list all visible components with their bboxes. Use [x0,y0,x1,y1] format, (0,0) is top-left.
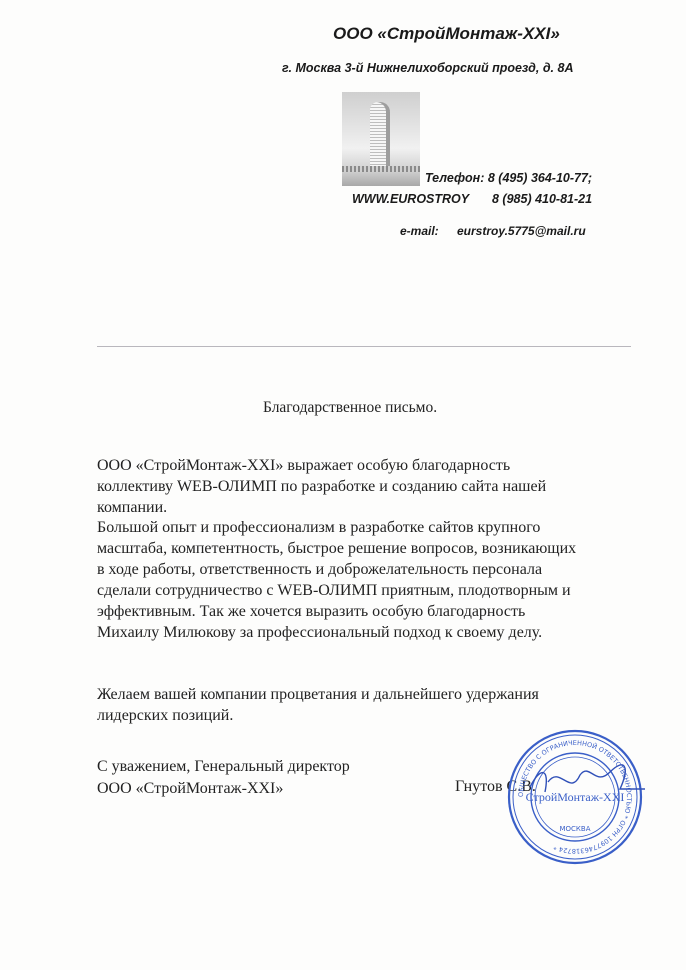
tower-graphic [370,102,390,170]
svg-text:СтройМонтаж-XXI: СтройМонтаж-XXI [526,790,625,804]
water-graphic [342,172,420,186]
svg-text:МОСКВА: МОСКВА [560,825,591,833]
text-line: Большой опыт и профессионализм в разрабо… [97,517,576,538]
email-value: eurstroy.5775@mail.ru [457,224,586,238]
text-line: эффективным. Так же хочется выразить осо… [97,601,576,622]
phone-line-2: 8 (985) 410-81-21 [492,192,592,206]
text-line: коллективу WEB-ОЛИМП по разработке и соз… [97,476,546,497]
text-line: лидерских позиций. [97,705,539,726]
text-line: Желаем вашей компании процветания и даль… [97,684,539,705]
signature-company: ООО «СтройМонтаж-XXI» [97,778,350,800]
paragraph-2: Большой опыт и профессионализм в разрабо… [97,517,576,643]
text-line: ООО «СтройМонтаж-XXI» выражает особую бл… [97,455,546,476]
phone-line-1: Телефон: 8 (495) 364-10-77; [425,171,592,185]
text-line: Михаилу Милюкову за профессиональный под… [97,622,576,643]
signature-block: С уважением, Генеральный директор ООО «С… [97,756,350,800]
letter-title: Благодарственное письмо. [263,399,437,417]
paragraph-1: ООО «СтройМонтаж-XXI» выражает особую бл… [97,455,546,518]
text-line: сделали сотрудничество с WEB-ОЛИМП прият… [97,580,576,601]
company-stamp-icon: ОБЩЕСТВО С ОГРАНИЧЕННОЙ ОТВЕТСТВЕННОСТЬЮ… [505,727,645,867]
text-line: компании. [97,497,546,518]
paragraph-3: Желаем вашей компании процветания и даль… [97,684,539,726]
closing-line: С уважением, Генеральный директор [97,756,350,778]
email-label: e-mail: [400,224,439,238]
website: WWW.EUROSTROY [352,192,469,206]
header-divider [97,346,631,347]
company-title: ООО «СтройМонтаж-XXI» [333,24,560,44]
text-line: масштаба, компетентность, быстрое решени… [97,538,576,559]
company-address: г. Москва 3-й Нижнелихоборский проезд, д… [282,61,573,75]
text-line: в ходе работы, ответственность и доброже… [97,559,576,580]
building-photo [342,92,420,186]
